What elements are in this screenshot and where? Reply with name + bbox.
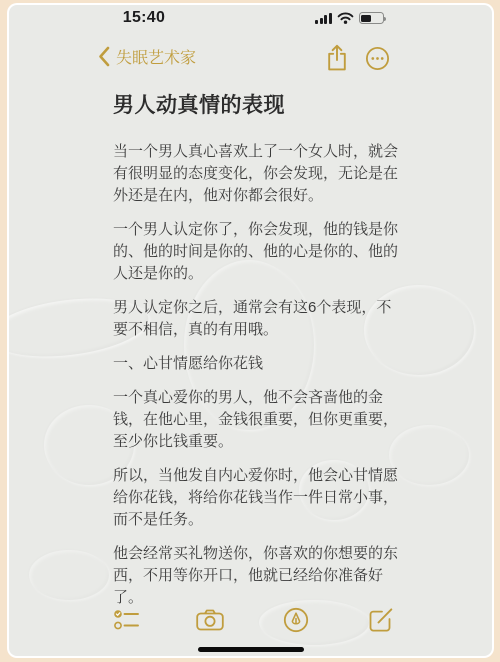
more-options-button[interactable]: [365, 46, 390, 71]
back-button-label: 失眠艺术家: [116, 45, 196, 68]
watermark-emboss: [29, 550, 109, 600]
note-title: 男人动真情的表现: [113, 92, 405, 119]
checklist-button[interactable]: [111, 605, 141, 635]
compose-button[interactable]: [366, 605, 396, 635]
back-button[interactable]: 失眠艺术家: [98, 45, 196, 68]
home-indicator[interactable]: [198, 647, 304, 652]
share-button[interactable]: [326, 44, 348, 72]
bottom-toolbar: [9, 603, 492, 643]
markup-icon: [283, 607, 309, 633]
wifi-icon: [337, 12, 354, 24]
notes-app-screen: 15:40 失眠艺术家: [9, 5, 492, 656]
chevron-left-icon: [98, 46, 110, 67]
note-paragraph: 一个真心爱你的男人，他不会吝啬他的金钱，在他心里，金钱很重要，但你更重要，至少你…: [113, 387, 405, 453]
note-body[interactable]: 男人动真情的表现 当一个男人真心喜欢上了一个女人时，就会有很明显的态度变化，你会…: [113, 92, 405, 621]
note-section-heading: 一、心甘情愿给你花钱: [113, 353, 405, 375]
note-paragraph: 当一个男人真心喜欢上了一个女人时，就会有很明显的态度变化，你会发现，无论是在外还…: [113, 141, 405, 207]
camera-button[interactable]: [195, 605, 225, 635]
nav-bar-actions: [326, 44, 390, 72]
markup-button[interactable]: [281, 605, 311, 635]
note-paragraph: 男人认定你之后，通常会有这6个表现，不要不相信，真的有用哦。: [113, 297, 405, 341]
photo-frame: 15:40 失眠艺术家: [0, 0, 500, 662]
battery-fill-level: [361, 15, 371, 22]
status-bar-icons: [315, 12, 384, 24]
camera-icon: [196, 609, 224, 631]
battery-icon: [359, 12, 384, 24]
checklist-icon: [113, 607, 140, 633]
compose-icon: [368, 607, 394, 633]
note-paragraph: 所以，当他发自内心爱你时，他会心甘情愿给你花钱，将给你花钱当作一件日常小事，而不…: [113, 465, 405, 531]
status-bar-time: 15:40: [109, 9, 179, 27]
ellipsis-circle-icon: [365, 46, 390, 71]
note-paragraph: 他会经常买礼物送你，你喜欢的你想要的东西，不用等你开口，他就已经给你准备好了。: [113, 543, 405, 609]
note-paragraph: 一个男人认定你了，你会发现，他的钱是你的、他的时间是你的、他的心是你的、他的人还…: [113, 219, 405, 285]
cellular-signal-icon: [315, 13, 332, 24]
share-icon: [326, 44, 348, 72]
